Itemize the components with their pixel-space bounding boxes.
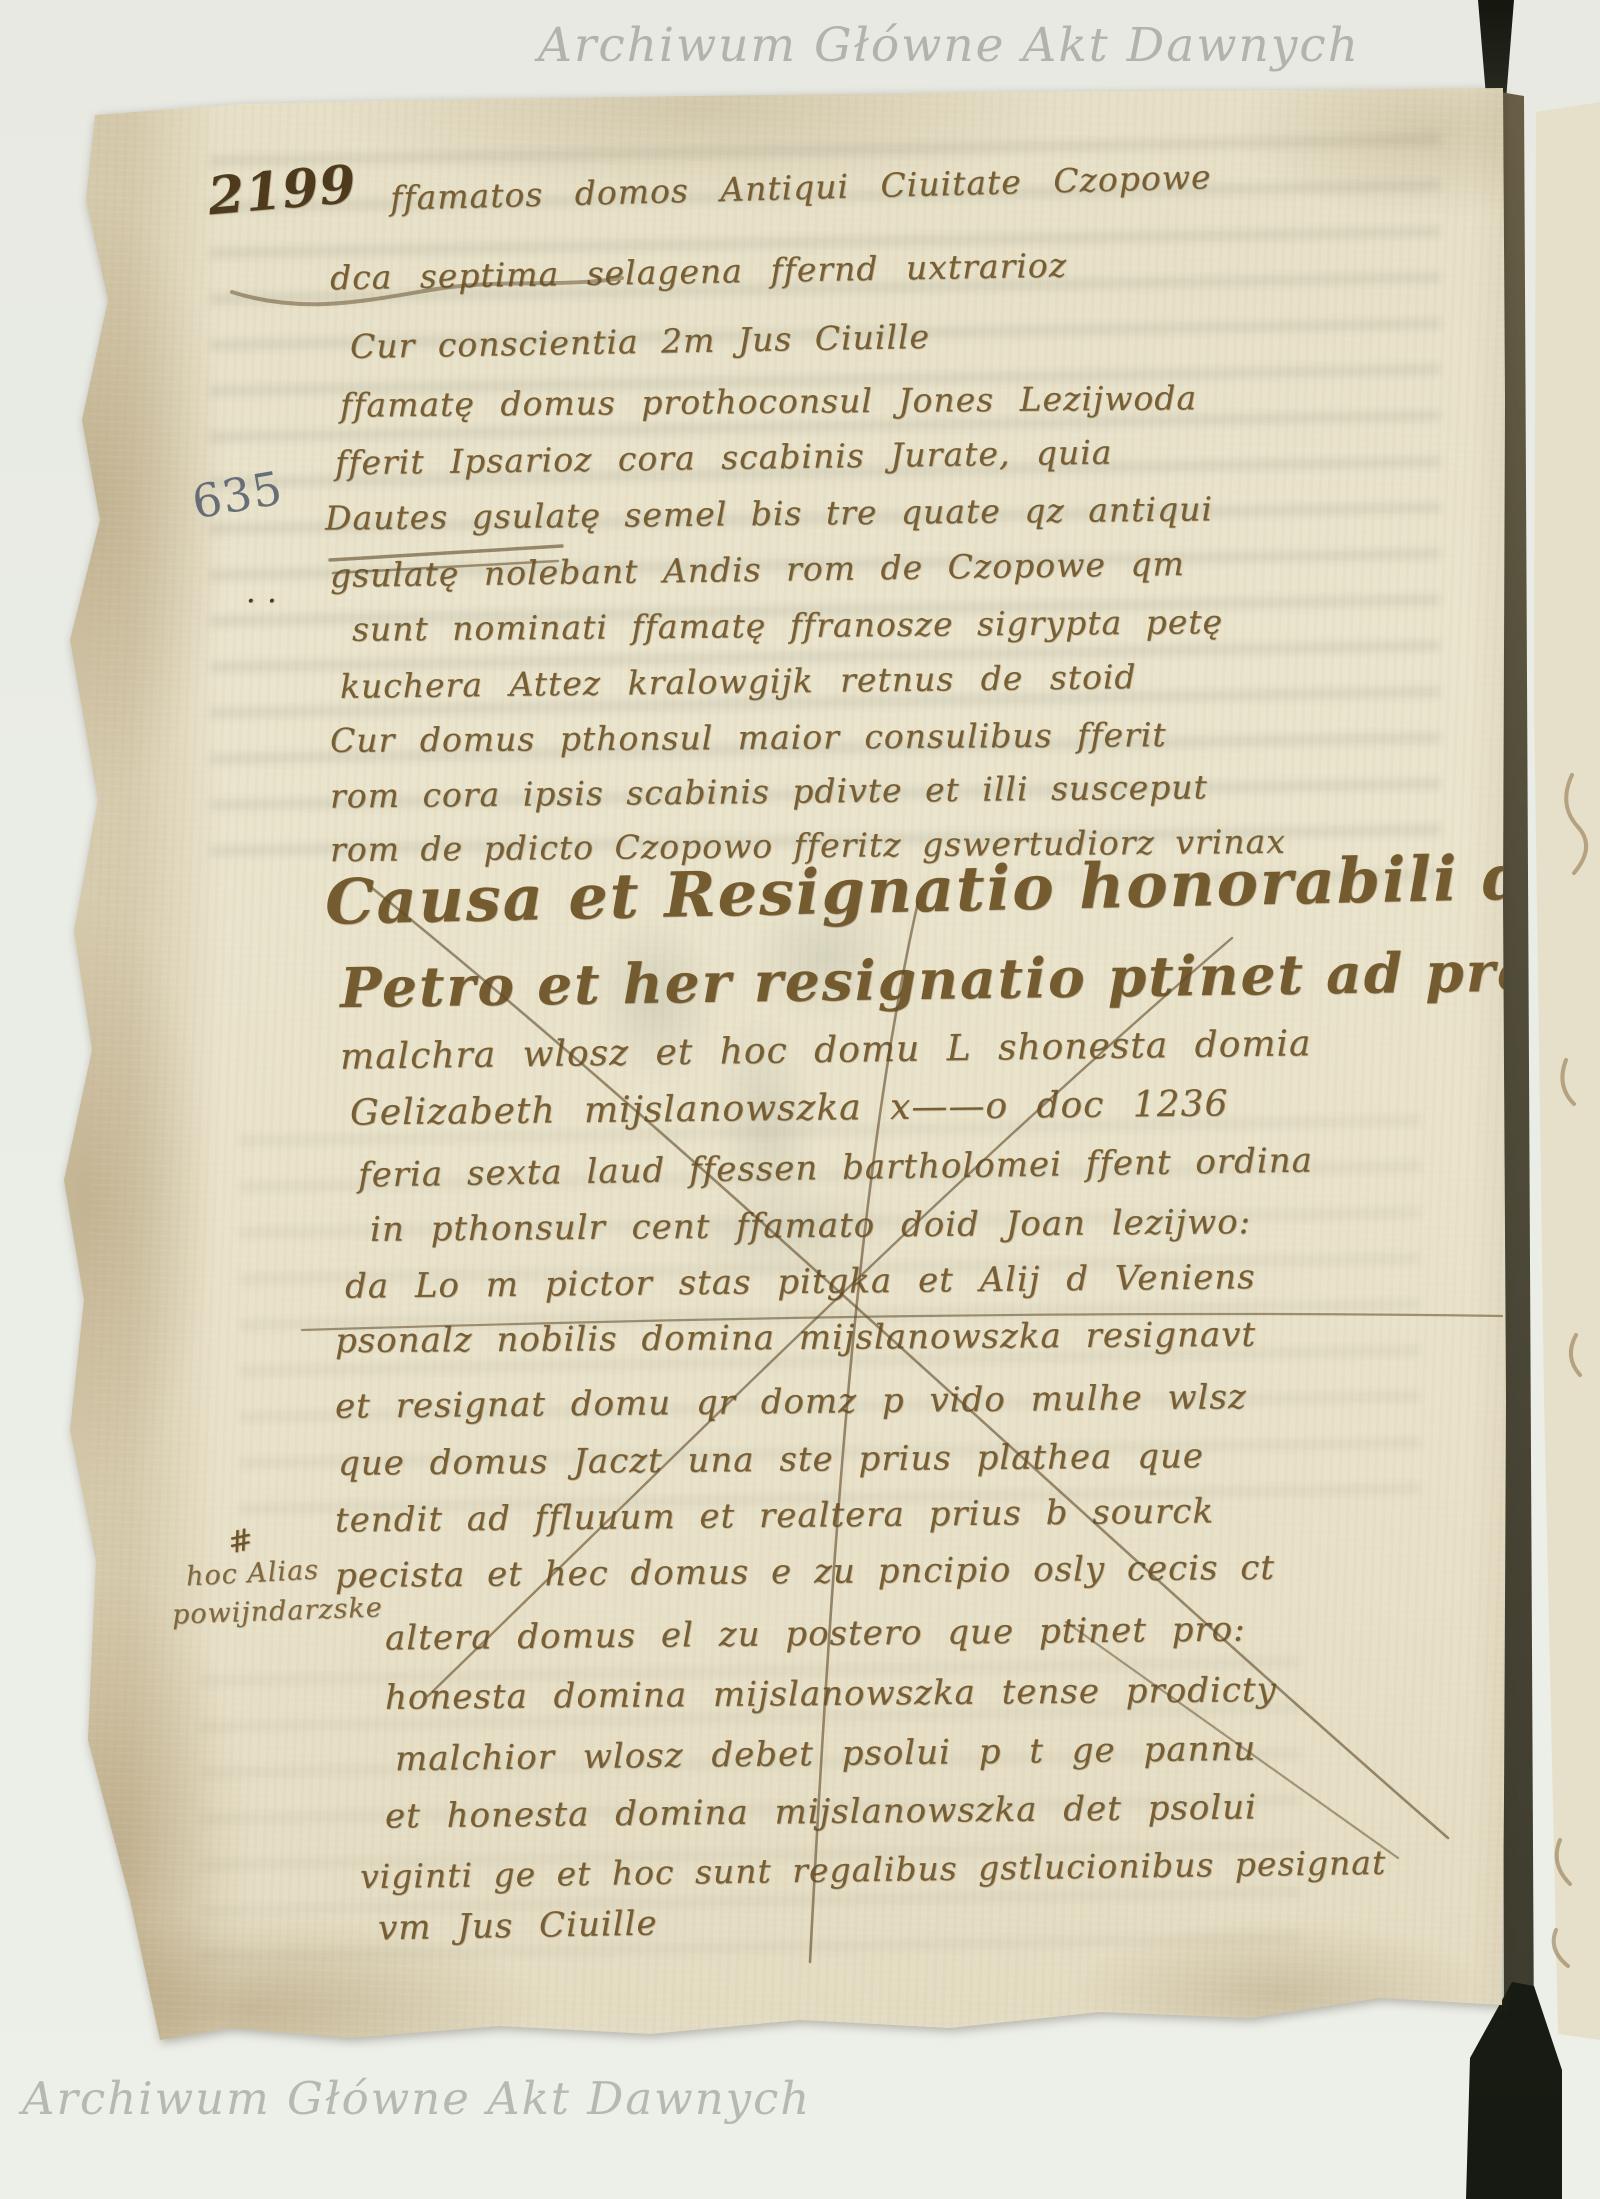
manuscript-line: Dautes gsulatę semel bis tre quate qz an… xyxy=(325,489,1213,537)
manuscript-line: kuchera Attez kralowgijk retnus de stoid xyxy=(340,657,1137,706)
manuscript-line: ffamatę domus prothoconsul Jones Lezijwo… xyxy=(340,378,1197,424)
scanner-background: Archiwum Główne Akt Dawnych Archiwum Głó… xyxy=(0,0,1600,2199)
entry-number: 2199 xyxy=(206,154,359,228)
manuscript-line: et honesta domina mijslanowszka det psol… xyxy=(385,1787,1257,1836)
manuscript-line: da Lo m pictor stas pitgka et Alij d Ven… xyxy=(345,1257,1256,1307)
manuscript-line: psonalz nobilis domina mijslanowszka res… xyxy=(335,1315,1256,1361)
manuscript-line: malchra wlosz et hoc domu L shonesta dom… xyxy=(340,1023,1312,1078)
manuscript-line: gsulatę nolebant Andis rom de Czopowe qm xyxy=(330,544,1185,595)
manuscript-line: rom cora ipsis scabinis pdivte et illi s… xyxy=(330,767,1208,815)
margin-note-line: powijndarzske xyxy=(172,1592,384,1630)
manuscript-line: tendit ad ffluuum et realtera prius b so… xyxy=(335,1491,1214,1540)
manuscript-line: Cur domus pthonsul maior consulibus ffer… xyxy=(330,715,1167,760)
manuscript-page-wrap: 2199 635 · · ffamatos domos Antiqui Ciui… xyxy=(0,0,1600,2199)
margin-dots: · · xyxy=(246,584,278,619)
folio-margin-number: 635 xyxy=(188,461,287,530)
manuscript-line: pecista et hec domus e zu pncipio osly c… xyxy=(335,1548,1275,1596)
manuscript-line: Gelizabeth mijslanowszka x——o doc 1236 xyxy=(350,1083,1229,1133)
manuscript-line: altera domus el zu postero que ptinet pr… xyxy=(385,1609,1246,1658)
margin-note-line: hoc Alias xyxy=(185,1555,320,1593)
manuscript-line: fferit Ipsarioz cora scabinis Jurate, qu… xyxy=(335,433,1113,483)
manuscript-line: sunt nominati ffamatę ffranosze sigrypta… xyxy=(352,602,1223,649)
manuscript-line: vm Jus Ciuille xyxy=(378,1904,658,1949)
manuscript-line: dca septima selagena ffernd uxtrarioz xyxy=(330,246,1068,298)
manuscript-line: et resignat domu qr domz p vido mulhe wl… xyxy=(335,1377,1247,1427)
manuscript-line: viginti ge et hoc sunt regalibus gstluci… xyxy=(360,1843,1387,1896)
manuscript-line: malchior wlosz debet psolui p t ge pannu xyxy=(395,1729,1257,1780)
manuscript-line: ffamatos domos Antiqui Ciuitate Czopowe xyxy=(390,157,1212,217)
manuscript-line: feria sexta laud ffessen bartholomei ffe… xyxy=(358,1141,1313,1196)
manuscript-page: 2199 635 · · ffamatos domos Antiqui Ciui… xyxy=(0,0,1600,2199)
margin-hash-mark: # xyxy=(225,1522,258,1562)
manuscript-line: que domus Jaczt una ste prius plathea qu… xyxy=(338,1436,1204,1484)
manuscript-line: Cur conscientia 2m Jus Ciuille xyxy=(350,317,931,366)
manuscript-line: in pthonsulr cent ffamato doid Joan lezi… xyxy=(370,1202,1251,1250)
manuscript-line: honesta domina mijslanowszka tense prodi… xyxy=(385,1670,1277,1718)
manuscript-heading: Petro et her resignatio ptinet ad prodid xyxy=(340,937,1600,1020)
